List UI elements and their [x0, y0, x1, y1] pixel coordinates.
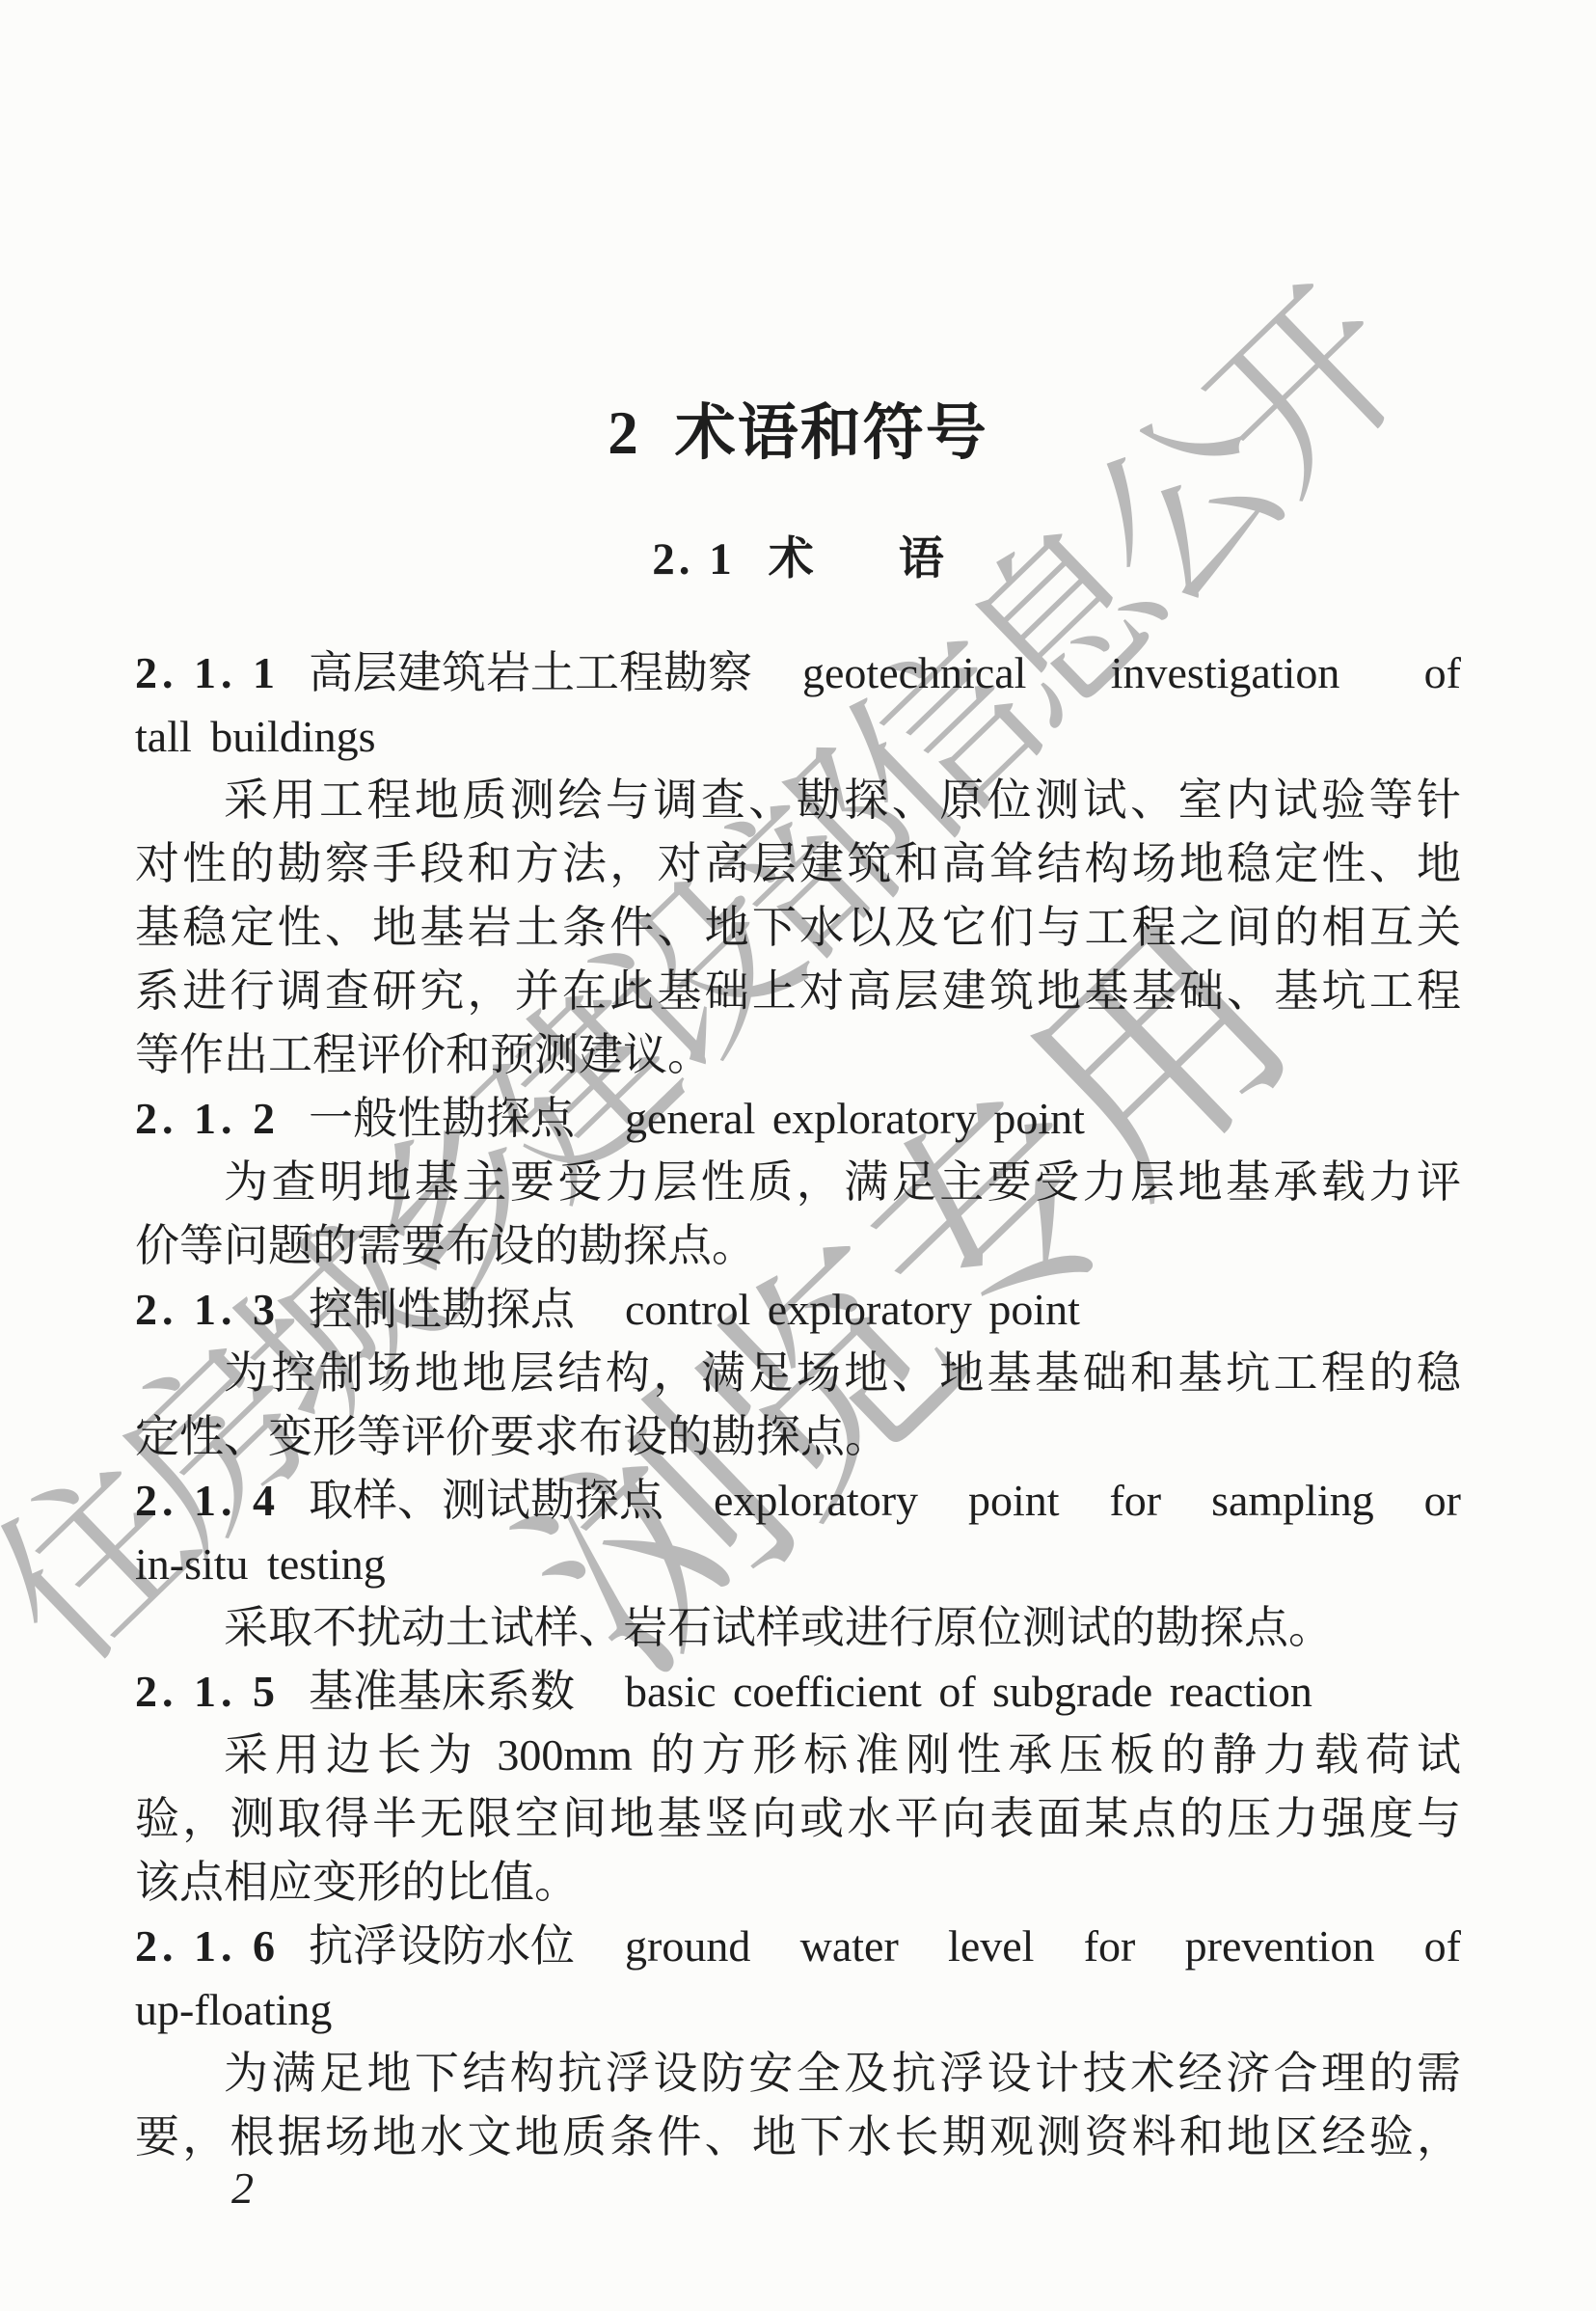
heading-2-1-1: 2. 1. 1 高层建筑岩土工程勘察 geotechnical investig…: [135, 641, 1461, 705]
term-en: basic coefficient of subgrade reaction: [625, 1660, 1312, 1724]
chapter-number: 2: [608, 399, 640, 467]
term-zh: 一般性勘探点: [309, 1087, 575, 1151]
document-page: 住房城乡建设部信息公开 浏览专用 2术语和符号 2. 1术语 2. 1. 1 高…: [0, 0, 1596, 2311]
heading-2-1-2: 2. 1. 2 一般性勘探点 general exploratory point: [135, 1087, 1461, 1151]
clause-number: 2. 1. 2: [135, 1087, 280, 1151]
term-zh: 高层建筑岩土工程勘察: [309, 641, 752, 705]
term-en: ground water level for prevention of: [625, 1915, 1461, 1978]
term-en-continuation: in-situ testing: [135, 1533, 1461, 1596]
clause-number: 2. 1. 4: [135, 1469, 280, 1533]
body-line: 采取不扰动土试样、岩石试样或进行原位测试的勘探点。: [135, 1596, 1461, 1660]
clause-number: 2. 1. 5: [135, 1660, 280, 1724]
chapter-title: 2术语和符号: [135, 398, 1461, 468]
heading-2-1-5: 2. 1. 5 基准基床系数 basic coefficient of subg…: [135, 1660, 1461, 1724]
body-line: 为满足地下结构抗浮设防安全及抗浮设计技术经济合理的需: [135, 2042, 1461, 2106]
term-zh: 基准基床系数: [309, 1660, 575, 1724]
term-en-continuation: tall buildings: [135, 705, 1461, 769]
body-line: 定性、变形等评价要求布设的勘探点。: [135, 1405, 1461, 1469]
term-zh: 抗浮设防水位: [309, 1915, 575, 1978]
clause-number: 2. 1. 6: [135, 1915, 280, 1978]
page-number: 2: [231, 2164, 254, 2213]
term-zh: 控制性勘探点: [309, 1278, 575, 1342]
body-line: 系进行调查研究，并在此基础上对高层建筑地基基础、基坑工程: [135, 960, 1461, 1023]
term-en: geotechnical investigation of: [802, 641, 1461, 705]
body-line: 采用工程地质测绘与调查、勘探、原位测试、室内试验等针: [135, 769, 1461, 832]
chapter-title-text: 术语和符号: [675, 399, 988, 467]
body-line: 等作出工程评价和预测建议。: [135, 1023, 1461, 1087]
term-en: general exploratory point: [625, 1087, 1085, 1151]
body-line: 采用边长为 300mm 的方形标准刚性承压板的静力载荷试: [135, 1724, 1461, 1787]
content-column: 2术语和符号 2. 1术语 2. 1. 1 高层建筑岩土工程勘察 geotech…: [135, 0, 1461, 2169]
heading-2-1-6: 2. 1. 6 抗浮设防水位 ground water level for pr…: [135, 1915, 1461, 1978]
body-line: 要，根据场地水文地质条件、地下水长期观测资料和地区经验，: [135, 2106, 1461, 2169]
term-en: control exploratory point: [625, 1278, 1080, 1342]
term-en: exploratory point for sampling or: [714, 1469, 1461, 1533]
body-line: 为控制场地地层结构，满足场地、地基基础和基坑工程的稳: [135, 1342, 1461, 1405]
clause-number: 2. 1. 3: [135, 1278, 280, 1342]
body-line: 基稳定性、地基岩土条件、地下水以及它们与工程之间的相互关: [135, 896, 1461, 960]
terms-text-block: 2. 1. 1 高层建筑岩土工程勘察 geotechnical investig…: [135, 641, 1461, 2169]
body-line: 价等问题的需要布设的勘探点。: [135, 1214, 1461, 1278]
section-number: 2. 1: [652, 534, 736, 585]
term-en-continuation: up-floating: [135, 1978, 1461, 2042]
clause-number: 2. 1. 1: [135, 641, 280, 705]
section-title-word-1: 术: [769, 534, 814, 585]
section-title-word-2: 语: [899, 534, 944, 585]
body-line: 对性的勘察手段和方法，对高层建筑和高耸结构场地稳定性、地: [135, 832, 1461, 896]
term-zh: 取样、测试勘探点: [309, 1469, 663, 1533]
body-line: 为查明地基主要受力层性质，满足主要受力层地基承载力评: [135, 1151, 1461, 1214]
section-title: 2. 1术语: [135, 535, 1461, 584]
body-line: 该点相应变形的比值。: [135, 1851, 1461, 1915]
heading-2-1-3: 2. 1. 3 控制性勘探点 control exploratory point: [135, 1278, 1461, 1342]
heading-2-1-4: 2. 1. 4 取样、测试勘探点 exploratory point for s…: [135, 1469, 1461, 1533]
body-line: 验，测取得半无限空间地基竖向或水平向表面某点的压力强度与: [135, 1787, 1461, 1851]
